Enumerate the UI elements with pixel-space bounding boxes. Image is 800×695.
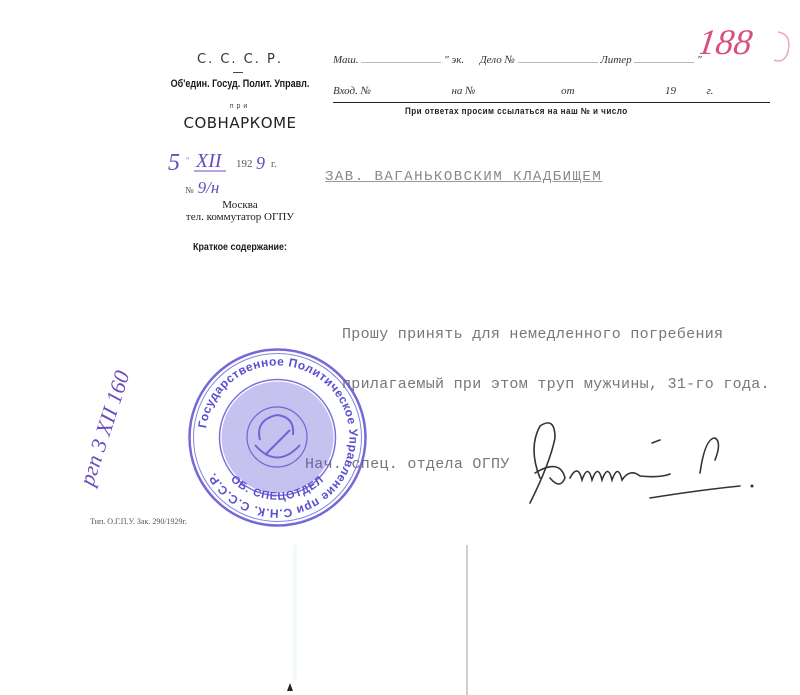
svg-text:ргп 3 XII 160: ргп 3 XII 160 <box>73 367 134 490</box>
date-month: XII <box>195 150 223 172</box>
official-stamp: Государственное Политическое Управление … <box>185 345 370 530</box>
red-reference-number: 188 <box>700 14 800 69</box>
letterhead-phone: тел. коммутатор ОГПУ <box>150 211 330 223</box>
letterhead-divider <box>233 72 243 73</box>
year-label: 19 <box>665 85 676 97</box>
liter-label: Литер <box>600 54 631 66</box>
ot-label: от <box>561 85 574 97</box>
date-year-handwritten: 9 <box>256 153 265 173</box>
svg-text:188: 188 <box>700 22 755 62</box>
mash-label: Маш. <box>333 54 359 66</box>
delo-blank <box>518 62 598 63</box>
na-label: на № <box>451 85 475 97</box>
delo-label: Дело № <box>480 54 515 66</box>
paper-fold-line <box>466 545 468 695</box>
outgoing-number: № 9/н <box>185 178 219 198</box>
number-prefix: № <box>185 185 194 195</box>
header-row-2: Вход. № на № от 19 г. <box>333 85 713 97</box>
paper-fold-faint <box>293 545 297 680</box>
margin-handwritten-note: ргп 3 XII 160 <box>55 335 155 495</box>
svg-text:": " <box>186 156 189 165</box>
addressee: ЗАВ. ВАГАНЬКОВСКИМ КЛАДБИЩЕМ <box>325 169 602 185</box>
letterhead-preposition: при <box>150 103 330 110</box>
number-value: 9/н <box>198 178 220 197</box>
date-year-printed: 192 <box>236 158 253 170</box>
body-line-1: Прошу принять для немедленного погребени… <box>342 326 723 343</box>
letterhead-city: Москва <box>150 199 330 211</box>
date-day: 5 <box>168 150 180 176</box>
summary-label: Краткое содержание: <box>164 241 317 253</box>
ek-label: " эк. <box>444 54 464 66</box>
letterhead-council: СОВНАРКОМЕ <box>150 114 330 132</box>
printer-info: Тип. О.Г.П.У. Зак. 290/1929г. <box>90 517 187 526</box>
date-suffix: г. <box>271 159 276 170</box>
mash-blank <box>361 62 441 63</box>
ink-mark <box>287 683 293 691</box>
header-row-1: Маш. " эк. Дело № Литер " <box>333 54 702 66</box>
year-suffix: г. <box>707 85 714 97</box>
letterhead-country: С. С. С. Р. <box>150 52 330 67</box>
body-line-2: прилагаемый при этом труп мужчины, 31-го… <box>342 376 770 393</box>
vhod-label: Вход. № <box>333 85 371 97</box>
signature <box>500 418 760 508</box>
header-rule <box>333 102 770 103</box>
reply-instruction: При ответах просим ссылаться на наш № и … <box>405 106 628 116</box>
liter-blank <box>634 62 694 63</box>
letterhead-agency: Об'един. Госуд. Полит. Управл. <box>166 78 314 90</box>
